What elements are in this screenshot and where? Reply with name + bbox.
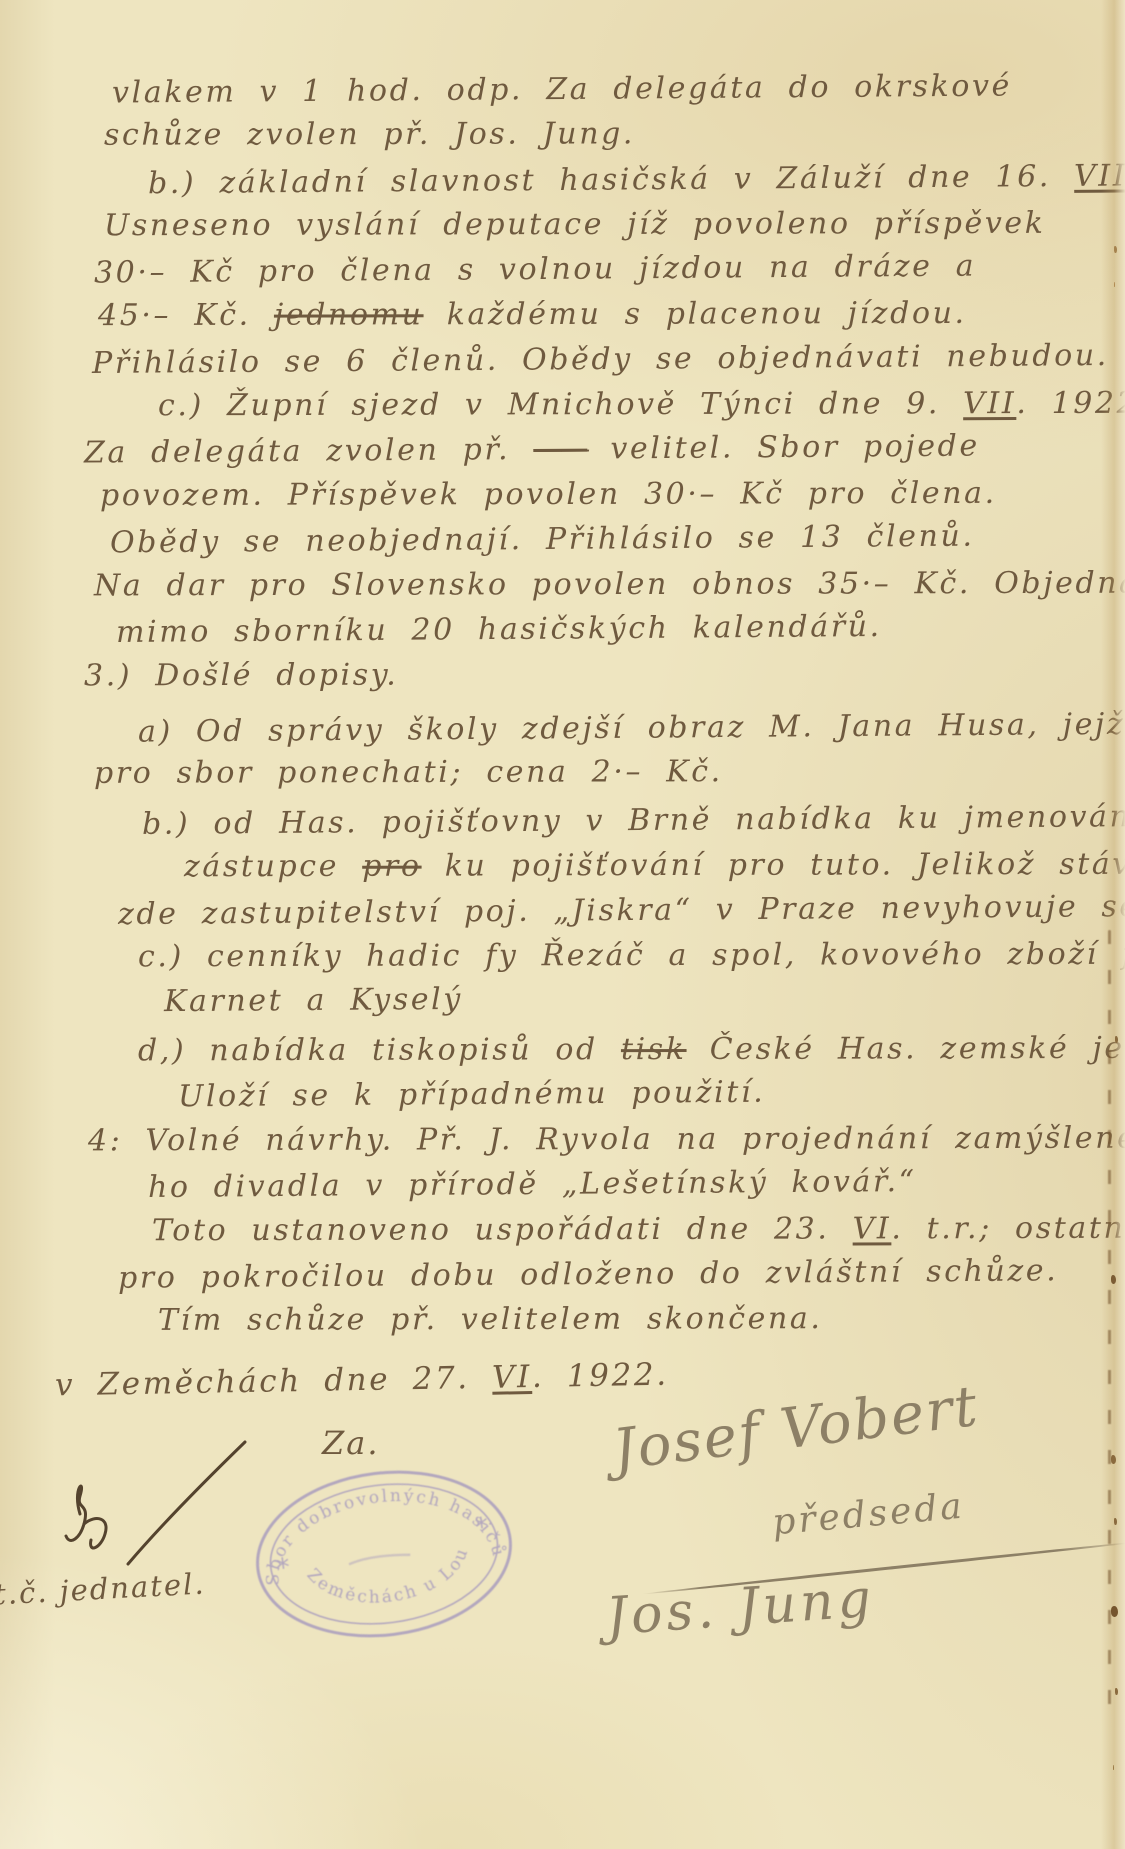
manuscript-line: zde zastupitelství poj. „Jiskra“ v Praze… <box>118 889 1125 933</box>
stamp-center-mark <box>349 1553 411 1565</box>
manuscript-line: 30·– Kč pro člena s volnou jízdou na drá… <box>94 249 976 292</box>
manuscript-line: povozem. Příspěvek povolen 30·– Kč pro č… <box>100 476 997 514</box>
manuscript-line: Tím schůze př. velitelem skončena. <box>158 1301 823 1339</box>
manuscript-line: zástupce pro ku pojišťování pro tuto. Je… <box>184 847 1125 886</box>
crossed-out-word: pro <box>362 849 422 884</box>
manuscript-line: b.) základní slavnost hasičská v Záluží … <box>148 158 1125 202</box>
crossed-out-word: —— <box>533 432 587 467</box>
manuscript-line: b.) od Has. pojišťovny v Brně nabídka ku… <box>142 799 1125 843</box>
signature-slash-stroke <box>128 1442 245 1564</box>
page-edge <box>1101 0 1125 1849</box>
manuscript-line: Na dar pro Slovensko povolen obnos 35·– … <box>94 566 1125 605</box>
roman-month: VII <box>963 386 1016 421</box>
manuscript-line: Toto ustanoveno uspořádati dne 23. VI. t… <box>152 1211 1125 1250</box>
manuscript-line: Uloží se k případnému použití. <box>178 1075 766 1116</box>
manuscript-line: 3.) Došlé dopisy. <box>84 658 399 695</box>
signature-initial-stroke <box>84 1519 106 1548</box>
manuscript-line: Obědy se neobjednají. Přihlásilo se 13 č… <box>110 519 975 562</box>
secretary-initials-signature <box>50 1436 260 1586</box>
crossed-out-word: jednomu <box>274 297 424 332</box>
page-edge-crease <box>1108 930 1111 1730</box>
roman-month: VI <box>492 1359 532 1396</box>
roman-month: VI <box>853 1211 892 1246</box>
manuscript-line: ho divadla v přírodě „Lešetínský kovář.“ <box>148 1164 917 1206</box>
manuscript-line: Karnet a Kyselý <box>164 982 463 1020</box>
signature-initial-stroke <box>66 1486 86 1540</box>
stamp-star-left: * <box>275 1553 292 1584</box>
manuscript-line: pro pokročilou dobu odloženo do zvláštní… <box>118 1253 1059 1296</box>
manuscript-line: a) Od správy školy zdejší obraz M. Jana … <box>138 705 1125 750</box>
manuscript-line: 4: Volné návrhy. Př. J. Ryvola na projed… <box>88 1121 1125 1160</box>
manuscript-line: mimo sborníku 20 hasičských kalendářů. <box>116 609 882 651</box>
manuscript-line: schůze zvolen př. Jos. Jung. <box>104 116 635 153</box>
manuscript-line: Usneseno vyslání deputace jíž povoleno p… <box>104 206 1046 244</box>
fire-brigade-oval-stamp: Sbor dobrovolných hasičů v Zeměchách u L… <box>238 1444 531 1664</box>
manuscript-line: c.) Župní sjezd v Mnichově Týnci dne 9. … <box>158 386 1125 425</box>
manuscript-line: c.) cenníky hadic fy Řezáč a spol, kovov… <box>138 937 1125 976</box>
manuscript-line: vlakem v 1 hod. odp. Za delegáta do okrs… <box>112 68 1012 111</box>
manuscript-line: Za delegáta zvolen př. —— velitel. Sbor … <box>84 428 980 471</box>
manuscript-line: 45·– Kč. jednomu každému s placenou jízd… <box>98 296 967 334</box>
manuscript-line: Přihlásilo se 6 členů. Obědy se objednáv… <box>92 338 1109 382</box>
page-edge-specks <box>1111 1455 1116 1464</box>
manuscript-page: vlakem v 1 hod. odp. Za delegáta do okrs… <box>0 0 1125 1849</box>
manuscript-line: d,) nabídka tiskopisů od tisk České Has.… <box>138 1031 1125 1070</box>
za-label: Za. <box>322 1424 379 1462</box>
crossed-out-word: tisk <box>621 1032 687 1067</box>
manuscript-line: pro sbor ponechati; cena 2·– Kč. <box>94 754 723 792</box>
